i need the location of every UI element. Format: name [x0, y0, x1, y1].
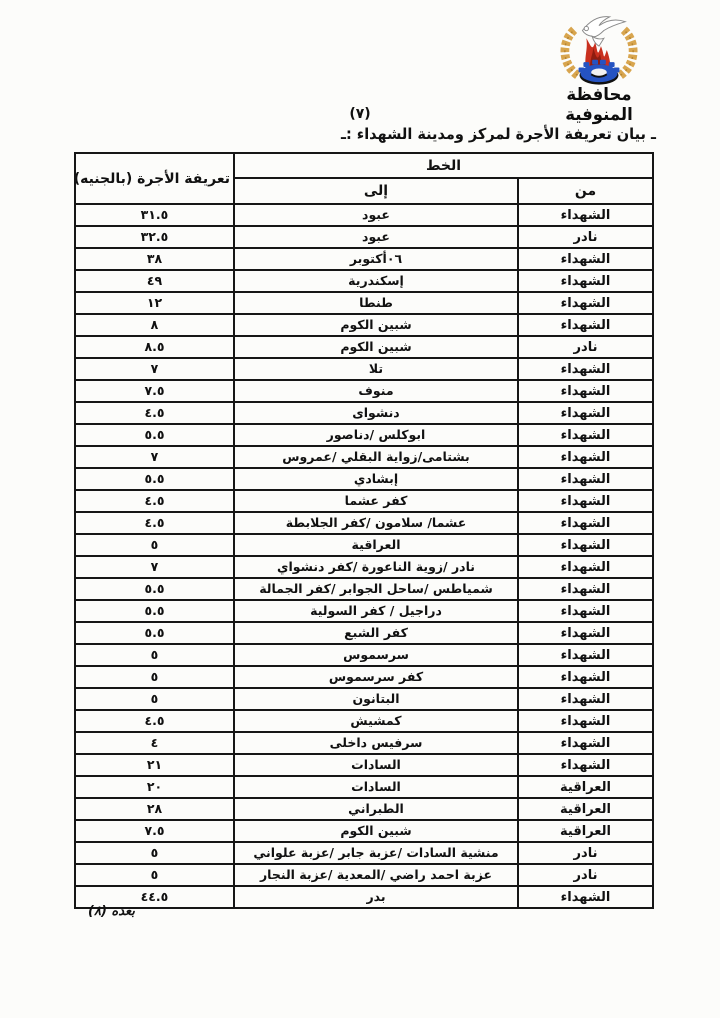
fare-cell: ٢٠ — [75, 776, 234, 798]
from-cell: الشهداء — [518, 666, 653, 688]
table-row: ٥.٥دراجيل / كفر السوليةالشهداء — [75, 600, 653, 622]
to-cell: ابوكلس /دناصور — [234, 424, 518, 446]
fare-cell: ٨.٥ — [75, 336, 234, 358]
table-row: ٧.٥شبين الكومالعراقية — [75, 820, 653, 842]
menoufia-governorate-emblem — [552, 11, 646, 87]
fare-cell: ٤٩ — [75, 270, 234, 292]
from-cell: نادر — [518, 842, 653, 864]
from-cell: العراقية — [518, 776, 653, 798]
fare-cell: ٢١ — [75, 754, 234, 776]
to-cell: عبود — [234, 204, 518, 226]
to-cell: إسكندرية — [234, 270, 518, 292]
from-cell: الشهداء — [518, 754, 653, 776]
to-cell: دراجيل / كفر السولية — [234, 600, 518, 622]
page-number: (٧) — [336, 106, 384, 122]
fare-cell: ٥ — [75, 864, 234, 886]
table-row: ٤سرفيس داخلىالشهداء — [75, 732, 653, 754]
table-row: ٧بشتامى/زواية البقلي /عمروسالشهداء — [75, 446, 653, 468]
to-cell: كفر الشبع — [234, 622, 518, 644]
to-cell: عشما/ سلامون /كفر الجلابطة — [234, 512, 518, 534]
from-cell: الشهداء — [518, 380, 653, 402]
from-cell: الشهداء — [518, 446, 653, 468]
to-cell: سرفيس داخلى — [234, 732, 518, 754]
fare-table: تعريفة الأجرة (بالجنيه) الخط إلى من ٣١.٥… — [74, 152, 654, 909]
table-row: ٥كفر سرسموسالشهداء — [75, 666, 653, 688]
to-cell: كمشيش — [234, 710, 518, 732]
from-cell: الشهداء — [518, 534, 653, 556]
to-column-header: إلى — [234, 178, 518, 204]
fare-table-header: تعريفة الأجرة (بالجنيه) الخط إلى من — [75, 153, 653, 204]
table-row: ٥عزبة احمد راضي /المعدية /عزبة النجارناد… — [75, 864, 653, 886]
to-cell: تلا — [234, 358, 518, 380]
table-row: ٨شبين الكومالشهداء — [75, 314, 653, 336]
from-cell: نادر — [518, 226, 653, 248]
header-row-line: تعريفة الأجرة (بالجنيه) الخط — [75, 153, 653, 178]
to-cell: السادات — [234, 776, 518, 798]
line-header: الخط — [234, 153, 653, 178]
to-cell: السادات — [234, 754, 518, 776]
fare-column-header: تعريفة الأجرة (بالجنيه) — [75, 153, 234, 204]
table-row: ٣٢.٥عبودنادر — [75, 226, 653, 248]
from-cell: الشهداء — [518, 688, 653, 710]
table-row: ٥العراقيةالشهداء — [75, 534, 653, 556]
table-row: ٢٨الطبرانيالعراقية — [75, 798, 653, 820]
table-row: ٤٤.٥بدرالشهداء — [75, 886, 653, 908]
fare-table-body: ٣١.٥عبودالشهداء٣٢.٥عبودنادر٣٨٠٦أكتوبرالش… — [75, 204, 653, 908]
fare-cell: ٣٢.٥ — [75, 226, 234, 248]
table-row: ٥.٥إبشاديالشهداء — [75, 468, 653, 490]
from-cell: العراقية — [518, 820, 653, 842]
table-row: ٧نادر /زوية الناعورة /كفر دنشوايالشهداء — [75, 556, 653, 578]
to-cell: بشتامى/زواية البقلي /عمروس — [234, 446, 518, 468]
fare-cell: ٥ — [75, 644, 234, 666]
table-row: ٥سرسموسالشهداء — [75, 644, 653, 666]
from-cell: العراقية — [518, 798, 653, 820]
table-row: ٥.٥كفر الشبعالشهداء — [75, 622, 653, 644]
fare-cell: ٥.٥ — [75, 622, 234, 644]
from-cell: الشهداء — [518, 732, 653, 754]
table-row: ٤.٥دنشواىالشهداء — [75, 402, 653, 424]
table-row: ٣١.٥عبودالشهداء — [75, 204, 653, 226]
fare-cell: ٤.٥ — [75, 710, 234, 732]
governorate-name: محافظة المنوفية — [534, 84, 664, 124]
fare-cell: ٢٨ — [75, 798, 234, 820]
table-row: ٤.٥عشما/ سلامون /كفر الجلابطةالشهداء — [75, 512, 653, 534]
table-row: ٥البتانونالشهداء — [75, 688, 653, 710]
fare-cell: ١٢ — [75, 292, 234, 314]
table-row: ٧تلاالشهداء — [75, 358, 653, 380]
to-cell: عبود — [234, 226, 518, 248]
to-cell: إبشادي — [234, 468, 518, 490]
to-cell: شبين الكوم — [234, 314, 518, 336]
table-row: ٤.٥كفر عشماالشهداء — [75, 490, 653, 512]
fare-cell: ٤.٥ — [75, 490, 234, 512]
from-cell: الشهداء — [518, 424, 653, 446]
fare-cell: ٣١.٥ — [75, 204, 234, 226]
fare-cell: ٧ — [75, 358, 234, 380]
continued-note: بعده (٨) — [88, 904, 135, 919]
from-cell: الشهداء — [518, 644, 653, 666]
fare-cell: ٥ — [75, 842, 234, 864]
to-cell: كفر عشما — [234, 490, 518, 512]
to-cell: كفر سرسموس — [234, 666, 518, 688]
from-cell: الشهداء — [518, 512, 653, 534]
document-title: ـ بيان تعريفة الأجرة لمركز ومدينة الشهدا… — [341, 127, 656, 144]
to-cell: الطبراني — [234, 798, 518, 820]
to-cell: العراقية — [234, 534, 518, 556]
fare-cell: ٧.٥ — [75, 820, 234, 842]
table-row: ٥منشية السادات /عزبة جابر /عزبة علوانينا… — [75, 842, 653, 864]
table-row: ٧.٥منوفالشهداء — [75, 380, 653, 402]
to-cell: سرسموس — [234, 644, 518, 666]
from-cell: الشهداء — [518, 710, 653, 732]
from-cell: الشهداء — [518, 204, 653, 226]
from-cell: الشهداء — [518, 490, 653, 512]
from-column-header: من — [518, 178, 653, 204]
to-cell: ٠٦أكتوبر — [234, 248, 518, 270]
to-cell: بدر — [234, 886, 518, 908]
to-cell: طنطا — [234, 292, 518, 314]
from-cell: الشهداء — [518, 578, 653, 600]
to-cell: عزبة احمد راضي /المعدية /عزبة النجار — [234, 864, 518, 886]
fare-cell: ٧.٥ — [75, 380, 234, 402]
from-cell: نادر — [518, 336, 653, 358]
table-row: ٣٨٠٦أكتوبرالشهداء — [75, 248, 653, 270]
table-row: ٤٩إسكندريةالشهداء — [75, 270, 653, 292]
table-row: ٢٠الساداتالعراقية — [75, 776, 653, 798]
to-cell: نادر /زوية الناعورة /كفر دنشواي — [234, 556, 518, 578]
from-cell: الشهداء — [518, 468, 653, 490]
from-cell: الشهداء — [518, 292, 653, 314]
fare-cell: ٥ — [75, 688, 234, 710]
dove-icon — [582, 17, 625, 46]
from-cell: نادر — [518, 864, 653, 886]
table-row: ٢١الساداتالشهداء — [75, 754, 653, 776]
table-row: ١٢طنطاالشهداء — [75, 292, 653, 314]
from-cell: الشهداء — [518, 314, 653, 336]
fare-cell: ٣٨ — [75, 248, 234, 270]
to-cell: دنشواى — [234, 402, 518, 424]
from-cell: الشهداء — [518, 622, 653, 644]
table-row: ٨.٥شبين الكومنادر — [75, 336, 653, 358]
fare-cell: ٤.٥ — [75, 512, 234, 534]
to-cell: شبين الكوم — [234, 336, 518, 358]
fare-cell: ٧ — [75, 556, 234, 578]
document-page: محافظة المنوفية (٧) ـ بيان تعريفة الأجرة… — [0, 0, 720, 1018]
table-row: ٥.٥ابوكلس /دناصورالشهداء — [75, 424, 653, 446]
fare-cell: ٥.٥ — [75, 600, 234, 622]
fare-cell: ٨ — [75, 314, 234, 336]
to-cell: شمياطس /ساحل الجوابر /كفر الجمالة — [234, 578, 518, 600]
fare-cell: ٧ — [75, 446, 234, 468]
from-cell: الشهداء — [518, 270, 653, 292]
fare-cell: ٥.٥ — [75, 468, 234, 490]
from-cell: الشهداء — [518, 402, 653, 424]
fare-cell: ٤ — [75, 732, 234, 754]
to-cell: شبين الكوم — [234, 820, 518, 842]
from-cell: الشهداء — [518, 886, 653, 908]
from-cell: الشهداء — [518, 600, 653, 622]
fare-cell: ٥ — [75, 666, 234, 688]
fare-cell: ٤.٥ — [75, 402, 234, 424]
fare-cell: ٥.٥ — [75, 424, 234, 446]
from-cell: الشهداء — [518, 358, 653, 380]
to-cell: منشية السادات /عزبة جابر /عزبة علواني — [234, 842, 518, 864]
table-row: ٤.٥كمشيشالشهداء — [75, 710, 653, 732]
from-cell: الشهداء — [518, 248, 653, 270]
to-cell: منوف — [234, 380, 518, 402]
fare-cell: ٥ — [75, 534, 234, 556]
to-cell: البتانون — [234, 688, 518, 710]
fare-cell: ٥.٥ — [75, 578, 234, 600]
from-cell: الشهداء — [518, 556, 653, 578]
table-row: ٥.٥شمياطس /ساحل الجوابر /كفر الجمالةالشه… — [75, 578, 653, 600]
